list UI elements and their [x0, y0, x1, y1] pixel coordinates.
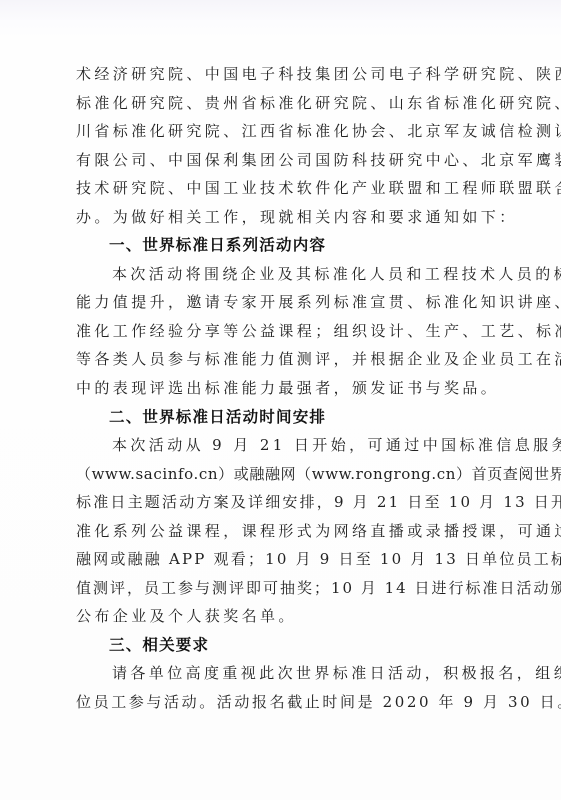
text-line: 本次活动将围绕企业及其标准化人员和工程技术人员的标准 [76, 260, 506, 289]
section-activity-content: 一、世界标准日系列活动内容 本次活动将围绕企业及其标准化人员和工程技术人员的标准… [76, 231, 506, 402]
section-heading: 二、世界标准日活动时间安排 [76, 403, 506, 432]
text-line: 位员工参与活动。活动报名截止时间是 2020 年 9 月 30 日。 [76, 688, 506, 717]
document-page: 术经济研究院、中国电子科技集团公司电子科学研究院、陕西省 标准化研究院、贵州省标… [76, 60, 506, 717]
text-line: 准化工作经验分享等公益课程；组织设计、生产、工艺、标准化 [76, 317, 506, 346]
text-line: 办。为做好相关工作，现就相关内容和要求通知如下： [76, 203, 506, 232]
section-requirements: 三、相关要求 请各单位高度重视此次世界标准日活动，积极报名，组织单 位员工参与活… [76, 631, 506, 717]
text-line: 标准日主题活动方案及详细安排，9 月 21 日至 10 月 13 日开展标 [76, 488, 506, 517]
text-line: 请各单位高度重视此次世界标准日活动，积极报名，组织单 [76, 659, 506, 688]
text-line: 融网或融融 APP 观看；10 月 9 日至 10 月 13 日单位员工标准能力 [76, 545, 506, 574]
text-line: （www.sacinfo.cn）或融融网（www.rongrong.cn）首页查… [76, 460, 506, 489]
text-line: 标准化研究院、贵州省标准化研究院、山东省标准化研究院、四 [76, 89, 506, 118]
text-line: 技术研究院、中国工业技术软件化产业联盟和工程师联盟联合举 [76, 174, 506, 203]
text-line: 等各类人员参与标准能力值测评，并根据企业及企业员工在活动 [76, 345, 506, 374]
section-heading: 一、世界标准日系列活动内容 [76, 231, 506, 260]
text-line: 有限公司、中国保利集团公司国防科技研究中心、北京军鹰装备 [76, 146, 506, 175]
text-line: 本次活动从 9 月 21 日开始，可通过中国标准信息服务网 [76, 431, 506, 460]
text-line: 能力值提升，邀请专家开展系列标准宣贯、标准化知识讲座、标 [76, 288, 506, 317]
intro-paragraph: 术经济研究院、中国电子科技集团公司电子科学研究院、陕西省 标准化研究院、贵州省标… [76, 60, 506, 231]
text-line: 川省标准化研究院、江西省标准化协会、北京军友诚信检测认证 [76, 117, 506, 146]
section-heading: 三、相关要求 [76, 631, 506, 660]
section-activity-schedule: 二、世界标准日活动时间安排 本次活动从 9 月 21 日开始，可通过中国标准信息… [76, 403, 506, 631]
text-line: 公布企业及个人获奖名单。 [76, 602, 506, 631]
text-line: 准化系列公益课程，课程形式为网络直播或录播授课，可通过融 [76, 517, 506, 546]
text-line: 值测评，员工参与测评即可抽奖；10 月 14 日进行标准日活动颁奖， [76, 574, 506, 603]
text-line: 中的表现评选出标准能力最强者，颁发证书与奖品。 [76, 374, 506, 403]
text-line: 术经济研究院、中国电子科技集团公司电子科学研究院、陕西省 [76, 60, 506, 89]
